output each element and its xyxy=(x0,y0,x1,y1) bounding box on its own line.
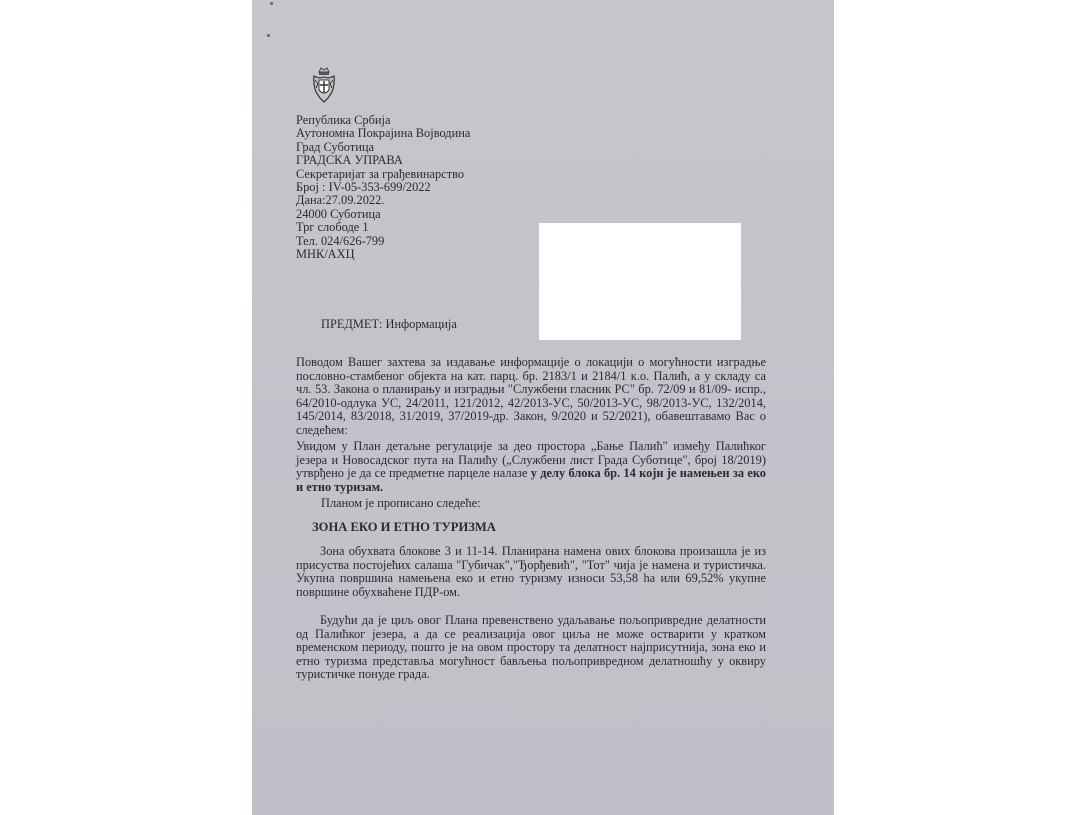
section-title: ЗОНА ЕКО И ЕТНО ТУРИЗМА xyxy=(312,520,496,535)
header-line: Република Србија xyxy=(296,114,470,127)
header-line: Аутономна Покрајина Војводина xyxy=(296,127,470,140)
header-line: Трг слободе 1 xyxy=(296,221,470,234)
scan-speck xyxy=(267,34,270,37)
initials: МНК/АХЦ xyxy=(296,248,470,261)
reference-number: Број : IV-05-353-699/2022 xyxy=(296,181,470,194)
serbian-coat-of-arms-icon xyxy=(311,66,337,104)
phone-number: Тел. 024/626-799 xyxy=(296,235,470,248)
header-line: Град Суботица xyxy=(296,141,470,154)
subject-line: ПРЕДМЕТ: Информација xyxy=(321,317,457,332)
intro-paragraph: Поводом Вашег захтева за издавање информ… xyxy=(296,356,766,438)
zone-paragraph: Зона обухвата блокове 3 и 11-14. Планира… xyxy=(296,545,766,599)
issuer-header: Република Србија Аутономна Покрајина Вој… xyxy=(296,114,470,261)
header-line: 24000 Суботица xyxy=(296,208,470,221)
insight-paragraph: Увидом у План детаљне регулације за део … xyxy=(296,440,766,494)
header-line: ГРАДСКА УПРАВА xyxy=(296,154,470,167)
redacted-address-block xyxy=(539,223,741,340)
goal-paragraph: Будући да је циљ овог Плана превенствено… xyxy=(296,614,766,682)
scan-speck xyxy=(270,2,273,5)
header-line: Секретаријат за грађевинарство xyxy=(296,168,470,181)
document-date: Дана:27.09.2022. xyxy=(296,194,470,207)
plan-prescribes-line: Планом је прописано следеће: xyxy=(321,496,481,511)
